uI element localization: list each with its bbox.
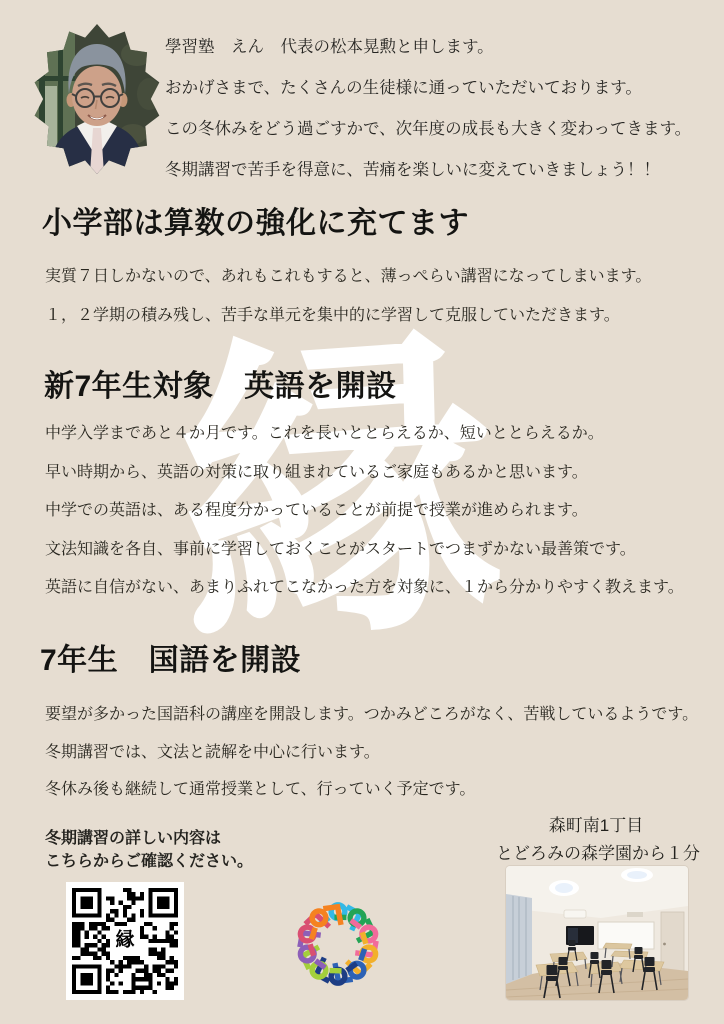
section-heading-grade7-japanese: 7年生 国語を開設 [40, 643, 301, 679]
en-circle-logo [289, 895, 387, 993]
paragraph-line: 早い時期から、英語の対策に取り組まれているご家庭もあるかと思います。 [45, 454, 684, 493]
flyer-page: 縁 [0, 0, 724, 1024]
qr-center-glyph: 縁 [115, 931, 134, 950]
circle-of-people-icon [289, 895, 387, 993]
paragraph-line: １，２学期の積み残し、苦手な単元を集中的に学習して克服していただきます。 [45, 296, 651, 335]
greeting-line: おかげさまで、たくさんの生徒様に通っていただいております。 [165, 68, 691, 109]
qr-caption-line: こちらからご確認ください。 [45, 850, 253, 873]
paragraph-line: 英語に自信がない、あまりふれてこなかった方を対象に、１から分かりやすく教えます。 [45, 569, 684, 608]
paragraph-line: 実質７日しかないので、あれもこれもすると、薄っぺらい講習になってしまいます。 [45, 257, 651, 296]
paragraph-line: 要望が多かった国語科の講座を開設します。つかみどころがなく、苦戦しているようです… [45, 696, 698, 734]
location-line: とどろみの森学園から１分 [496, 840, 696, 868]
representative-photo [33, 24, 161, 174]
portrait-illustration [33, 24, 161, 174]
greeting-line: 冬期講習で苦手を得意に、苦痛を楽しいに変えていきましょう！！ [165, 150, 691, 191]
section-body-elementary-math: 実質７日しかないので、あれもこれもすると、薄っぺらい講習になってしまいます。 １… [45, 257, 651, 335]
paragraph-line: 文法知識を各自、事前に学習しておくことがスタートでつまずかない最善策です。 [45, 531, 684, 570]
location-text: 森町南1丁目 とどろみの森学園から１分 [496, 812, 696, 867]
location-line: 森町南1丁目 [496, 812, 696, 840]
paragraph-line: 冬期講習では、文法と読解を中心に行います。 [45, 734, 698, 772]
qr-code: 縁 [66, 882, 184, 1000]
qr-caption: 冬期講習の詳しい内容は こちらからご確認ください。 [45, 827, 253, 873]
paragraph-line: 冬休み後も継続して通常授業として、行っていく予定です。 [45, 771, 698, 809]
section-heading-grade7-english: 新7年生対象 英語を開設 [44, 369, 397, 405]
greeting-text: 學習塾 えん 代表の松本晃勲と申します。 おかげさまで、たくさんの生徒様に通って… [165, 27, 691, 191]
paragraph-line: 中学での英語は、ある程度分かっていることが前提で授業が進められます。 [45, 492, 684, 531]
section-body-grade7-japanese: 要望が多かった国語科の講座を開設します。つかみどころがなく、苦戦しているようです… [45, 696, 698, 809]
greeting-line: この冬休みをどう過ごすかで、次年度の成長も大きく変わってきます。 [165, 109, 691, 150]
qr-caption-line: 冬期講習の詳しい内容は [45, 827, 253, 850]
section-body-grade7-english: 中学入学まであと４か月です。これを長いととらえるか、短いととらえるか。 早い時期… [45, 415, 684, 608]
classroom-photo [506, 866, 688, 1000]
classroom-illustration [506, 866, 688, 1000]
greeting-line: 學習塾 えん 代表の松本晃勲と申します。 [165, 27, 691, 68]
section-heading-elementary-math: 小学部は算数の強化に充てます [42, 206, 469, 242]
paragraph-line: 中学入学まであと４か月です。これを長いととらえるか、短いととらえるか。 [45, 415, 684, 454]
